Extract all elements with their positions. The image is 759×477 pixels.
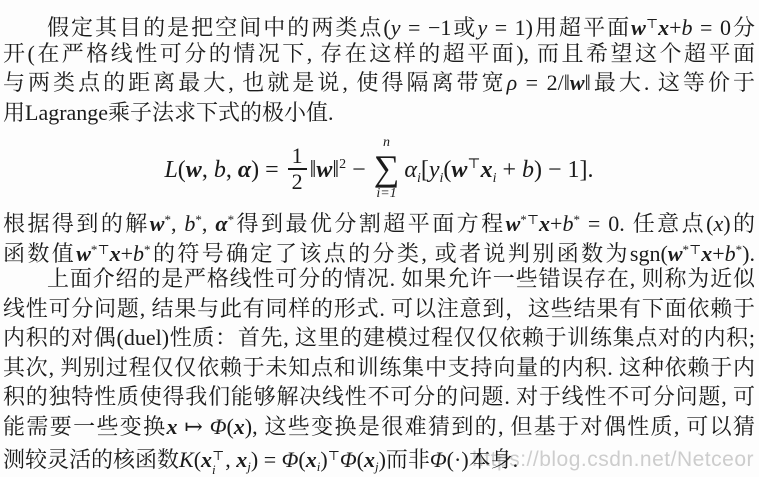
text-segment: Φ <box>340 447 357 472</box>
text-segment: )的 <box>723 211 755 236</box>
text-segment: x <box>110 241 121 266</box>
text-segment: ( <box>178 157 186 183</box>
text-segment: b <box>725 241 736 266</box>
text-segment: ( <box>298 447 305 472</box>
text-segment: = 2/‖ <box>517 70 570 95</box>
text-segment: , <box>225 447 236 472</box>
text-segment: 用Lagrange乘子法求下式的极小值. <box>3 100 334 125</box>
text-segment: ), 这些变换是很难猜到的, 但基于对偶性质, 可以猜 <box>245 414 755 439</box>
text-segment: b <box>562 211 573 236</box>
text-segment: = 0分 <box>692 15 755 40</box>
text-segment: w <box>631 15 646 40</box>
text-segment: 其次, 判别过程仅仅依赖于未知点和训练集中支持向量的内积. 这种依赖于内 <box>3 355 755 380</box>
text-segment: ( <box>194 447 201 472</box>
text-segment: ) = <box>251 157 285 183</box>
text-line: 用Lagrange乘子法求下式的极小值. <box>3 98 755 128</box>
text-segment: w <box>506 211 521 236</box>
text-line: 与两类点的距离最大, 也就是说, 使得隔离带宽ρ = 2/‖w‖最大. 这等价于 <box>3 68 755 98</box>
text-segment: + <box>669 15 681 40</box>
fraction: 12 <box>288 144 307 194</box>
text-segment: , <box>202 157 214 183</box>
summation-sigma: n∑i=1 <box>374 135 400 202</box>
text-segment: w <box>451 157 467 183</box>
text-segment: Φ <box>282 447 299 472</box>
text-line: 积的独特性质使得我们能够解决线性不可分的问题. 对于线性不可分问题, 可 <box>3 382 755 412</box>
text-segment: + <box>550 211 562 236</box>
text-segment: x <box>167 414 178 439</box>
text-segment: b <box>522 157 534 183</box>
text-segment: 积的独特性质使得我们能够解决线性不可分的问题. 对于线性不可分问题, 可 <box>3 384 755 409</box>
text-segment: y <box>429 157 440 183</box>
text-line: 函数值w*⊤x+b*的符号确定了该点的分类, 或者说判别函数为sgn(w*⊤x+… <box>3 235 755 265</box>
text-segment: *⊤ <box>683 242 702 257</box>
text-segment: b <box>681 15 692 40</box>
text-segment: ) − 1]. <box>534 157 594 183</box>
text-segment: b <box>184 211 195 236</box>
text-line: 根据得到的解w*, b*, α*得到最优分割超平面方程w*⊤x+b* = 0. … <box>3 205 755 235</box>
text-segment: L <box>164 157 177 183</box>
text-segment: w <box>76 241 91 266</box>
text-segment: 上面介绍的是严格线性可分的情况. 如果允许一些错误存在, 则称为近似 <box>47 266 755 291</box>
text-segment: (·)本身. <box>447 447 518 472</box>
text-line: 内积的对偶(duel)性质：首先, 这里的建模过程仅仅依赖于训练集点对的内积; <box>3 323 755 353</box>
text-segment: w <box>570 70 585 95</box>
text-segment: ) <box>320 447 327 472</box>
text-segment: 的符号确定了该点的分类, 或者说判别函数为sgn( <box>151 241 668 266</box>
text-segment: w <box>186 157 202 183</box>
text-segment: y <box>391 15 401 40</box>
text-segment: ⊤ <box>467 157 480 172</box>
text-segment: 根据得到的解 <box>3 211 150 236</box>
text-segment: x <box>364 447 375 472</box>
text-segment: x <box>713 211 723 236</box>
text-segment: w <box>150 211 165 236</box>
text-segment: 测较灵活的核函数 <box>3 447 179 472</box>
text-segment: 开(在严格线性可分的情况下, 存在这样的超平面), 而且希望这个超平面 <box>3 41 755 66</box>
text-segment: + <box>496 157 522 183</box>
text-segment: 与两类点的距离最大, 也就是说, 使得隔离带宽 <box>3 70 507 95</box>
text-segment: 线性可分问题, 结果与此有同样的形式. 可以注意到，这些结果有下面依赖于 <box>3 296 755 321</box>
text-segment: 假定其目的是把空间中的两类点( <box>47 15 391 40</box>
text-segment: x <box>539 211 550 236</box>
text-segment: + <box>121 241 133 266</box>
text-segment: 得到最优分割超平面方程 <box>234 211 506 236</box>
text-segment: Φ <box>210 414 227 439</box>
text-segment: w <box>668 241 683 266</box>
text-segment: b <box>214 157 226 183</box>
text-segment: y <box>477 15 487 40</box>
lagrange-formula: L(w, b, α) = 12‖w‖2 − n∑i=1αi[yi(w⊤xi + … <box>3 127 755 205</box>
text-segment: − <box>346 157 372 183</box>
text-segment: x <box>481 157 493 183</box>
text-segment: = −1或 <box>401 15 478 40</box>
text-segment: 内积的对偶(duel)性质：首先, 这里的建模过程仅仅依赖于训练集点对的内积; <box>3 325 755 350</box>
text-segment: = 1)用超平面 <box>487 15 631 40</box>
text-line: 能需要一些变换x ↦ Φ(x), 这些变换是很难猜到的, 但基于对偶性质, 可以… <box>3 412 755 442</box>
text-line: 假定其目的是把空间中的两类点(y = −1或y = 1)用超平面w⊤x+b = … <box>3 9 755 39</box>
text-segment: [ <box>421 157 429 183</box>
text-segment: 函数值 <box>3 241 76 266</box>
document-page: https://blog.csdn.net/Netceor 假定其目的是把空间中… <box>0 0 759 477</box>
text-segment: ⊤ <box>328 448 340 463</box>
text-line: 上面介绍的是严格线性可分的情况. 如果允许一些错误存在, 则称为近似 <box>3 264 755 294</box>
text-line: 测较灵活的核函数K(x⊤i, xj) = Φ(xi)⊤Φ(xj)而非Φ(·)本身… <box>3 441 755 471</box>
text-segment: ↦ <box>178 414 210 439</box>
text-segment: , <box>226 157 238 183</box>
text-segment: ‖最大. 这等价于 <box>585 70 755 95</box>
text-line: 开(在严格线性可分的情况下, 存在这样的超平面), 而且希望这个超平面 <box>3 39 755 69</box>
text-segment: x <box>658 15 669 40</box>
text-segment: x <box>236 447 247 472</box>
text-segment: α <box>404 157 417 183</box>
sub-sup-stack: ⊤i <box>212 449 224 476</box>
text-segment: )而非 <box>379 447 430 472</box>
text-segment: Φ <box>430 447 447 472</box>
text-segment: + <box>712 241 724 266</box>
text-segment: , <box>171 211 184 236</box>
text-line: 线性可分问题, 结果与此有同样的形式. 可以注意到，这些结果有下面依赖于 <box>3 294 755 324</box>
text-segment: *⊤ <box>520 212 539 227</box>
text-segment: x <box>701 241 712 266</box>
text-segment: ( <box>357 447 364 472</box>
text-segment: ⊤ <box>646 16 658 31</box>
text-segment: 能需要一些变换 <box>3 414 167 439</box>
text-segment: b <box>133 241 144 266</box>
text-line: 其次, 判别过程仅仅依赖于未知点和训练集中支持向量的内积. 这种依赖于内 <box>3 353 755 383</box>
text-segment: x <box>306 447 317 472</box>
text-segment: K <box>179 447 194 472</box>
text-segment: ). <box>742 241 755 266</box>
text-segment: x <box>201 447 212 472</box>
text-segment: α <box>215 211 227 236</box>
text-segment: ( <box>226 414 233 439</box>
document-body: 假定其目的是把空间中的两类点(y = −1或y = 1)用超平面w⊤x+b = … <box>3 9 755 471</box>
text-segment: w <box>316 157 332 183</box>
text-segment: ρ <box>507 70 518 95</box>
text-segment: x <box>234 414 245 439</box>
text-segment: = 0. 任意点( <box>580 211 714 236</box>
text-segment: ) = <box>251 447 282 472</box>
text-segment: , <box>202 211 215 236</box>
text-segment: *⊤ <box>91 242 110 257</box>
text-segment: α <box>238 157 251 183</box>
